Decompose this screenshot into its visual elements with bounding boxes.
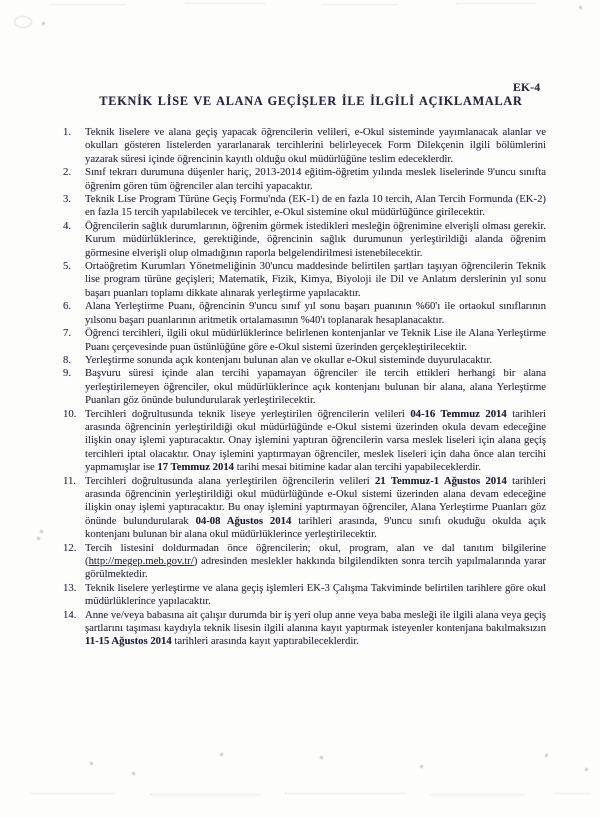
list-item: 7.Öğrenci tercihleri, ilgili okul müdürl… xyxy=(63,327,546,354)
list-item: 14.Anne ve/veya babasına ait çalışır dur… xyxy=(63,609,546,649)
list-item: 12.Tercih listesini doldurmadan önce öğr… xyxy=(63,542,546,582)
scan-artifact xyxy=(40,530,43,533)
scan-artifact xyxy=(150,794,260,798)
text-segment: Alana Yerleştirme Puanı, öğrencinin 9'un… xyxy=(85,300,546,325)
text-segment: Teknik Lise Program Türüne Geçiş Formu'n… xyxy=(85,193,546,218)
scan-artifact xyxy=(37,537,40,540)
scan-artifact xyxy=(585,768,588,771)
explanations-list: 1.Teknik liselere ve alana geçiş yapacak… xyxy=(63,126,546,649)
item-text: Anne ve/veya babasına ait çalışır durumd… xyxy=(85,609,546,649)
item-text: Teknik Lise Program Türüne Geçiş Formu'n… xyxy=(85,193,546,220)
item-number: 3. xyxy=(63,193,85,220)
list-item: 9.Başvuru süresi içinde alan tercihi yap… xyxy=(63,367,546,407)
list-item: 10.Tercihleri doğrultusunda teknik lisey… xyxy=(63,408,546,475)
list-item: 2.Sınıf tekrarı durumuna düşenler hariç,… xyxy=(63,166,546,193)
annex-tag: EK-4 xyxy=(513,82,540,94)
date-emphasis: 04-16 Temmuz 2014 xyxy=(410,408,506,420)
item-text: Tercihleri doğrultusunda teknik liseye y… xyxy=(85,408,546,475)
text-segment: Anne ve/veya babasına ait çalışır durumd… xyxy=(85,609,546,634)
text-segment: Yerleştirme sonunda açık kontenjanı bulu… xyxy=(85,354,492,366)
text-segment: Öğrencilerin sağlık durumlarının, öğreni… xyxy=(85,220,546,259)
item-number: 9. xyxy=(63,367,85,407)
scan-artifact xyxy=(430,794,525,798)
item-text: Öğrencilerin sağlık durumlarının, öğreni… xyxy=(85,220,546,260)
date-emphasis: 17 Temmuz 2014 xyxy=(157,461,234,473)
list-item: 4.Öğrencilerin sağlık durumlarının, öğre… xyxy=(63,220,546,260)
item-number: 6. xyxy=(63,300,85,327)
list-item: 8.Yerleştirme sonunda açık kontenjanı bu… xyxy=(63,354,546,367)
date-emphasis: 21 Temmuz-1 Ağustos 2014 xyxy=(375,475,507,487)
text-segment: Öğrenci tercihleri, ilgili okul müdürlük… xyxy=(85,327,546,352)
scan-artifact xyxy=(220,753,223,756)
text-segment: Teknik liselere ve alana geçiş yapacak ö… xyxy=(85,126,546,165)
item-text: Yerleştirme sonunda açık kontenjanı bulu… xyxy=(85,354,546,367)
list-item: 5.Ortaöğretim Kurumları Yönetmeliğinin 3… xyxy=(63,260,546,300)
scanned-page: EK-4 TEKNİK LİSE VE ALANA GEÇİŞLER İLE İ… xyxy=(0,0,600,818)
text-segment: Teknik liselere yerleştirme ve alana geç… xyxy=(85,582,546,607)
item-number: 7. xyxy=(63,327,85,354)
item-number: 13. xyxy=(63,582,85,609)
scan-artifact xyxy=(420,765,423,768)
page-title: TEKNİK LİSE VE ALANA GEÇİŞLER İLE İLGİLİ… xyxy=(0,0,600,109)
scan-artifact xyxy=(285,793,405,797)
item-text: Teknik liselere ve alana geçiş yapacak ö… xyxy=(85,126,546,166)
item-text: Öğrenci tercihleri, ilgili okul müdürlük… xyxy=(85,327,546,354)
text-segment: Tercihleri doğrultusunda teknik liseye y… xyxy=(85,408,410,420)
item-number: 8. xyxy=(63,354,85,367)
item-text: Teknik liselere yerleştirme ve alana geç… xyxy=(85,582,546,609)
list-item: 11.Tercihleri doğrultusunda alana yerleş… xyxy=(63,475,546,542)
text-segment: tarihi mesai bitimine kadar alan tercihi… xyxy=(234,461,481,473)
item-text: Sınıf tekrarı durumuna düşenler hariç, 2… xyxy=(85,166,546,193)
text-segment: Başvuru süresi içinde alan tercihi yapam… xyxy=(85,367,546,406)
item-text: Başvuru süresi içinde alan tercihi yapam… xyxy=(85,367,546,407)
text-segment: Sınıf tekrarı durumuna düşenler hariç, 2… xyxy=(85,166,546,191)
text-segment: Ortaöğretim Kurumları Yönetmeliğinin 30'… xyxy=(85,260,546,299)
scan-artifact xyxy=(545,754,548,757)
list-item: 1.Teknik liselere ve alana geçiş yapacak… xyxy=(63,126,546,166)
megep-url: http://megep.meb.gov.tr/ xyxy=(89,555,194,567)
item-number: 4. xyxy=(63,220,85,260)
item-number: 1. xyxy=(63,126,85,166)
scan-artifact xyxy=(320,756,323,759)
scan-artifact xyxy=(132,772,135,775)
scan-artifact xyxy=(555,793,590,797)
text-segment: tarihleri arasında kayıt yaptırabilecekl… xyxy=(172,635,359,647)
item-text: Ortaöğretim Kurumları Yönetmeliğinin 30'… xyxy=(85,260,546,300)
text-segment: Tercihleri doğrultusunda alana yerleştir… xyxy=(85,475,375,487)
item-number: 10. xyxy=(63,408,85,475)
scan-artifact xyxy=(90,762,93,765)
list-item: 3.Teknik Lise Program Türüne Geçiş Formu… xyxy=(63,193,546,220)
item-number: 14. xyxy=(63,609,85,649)
item-number: 11. xyxy=(63,475,85,542)
date-emphasis: 11-15 Ağustos 2014 xyxy=(85,635,172,647)
list-item: 13.Teknik liselere yerleştirme ve alana … xyxy=(63,582,546,609)
scan-artifact xyxy=(30,793,115,797)
item-number: 12. xyxy=(63,542,85,582)
item-number: 5. xyxy=(63,260,85,300)
list-item: 6.Alana Yerleştirme Puanı, öğrencinin 9'… xyxy=(63,300,546,327)
item-text: Tercihleri doğrultusunda alana yerleştir… xyxy=(85,475,546,542)
item-number: 2. xyxy=(63,166,85,193)
item-text: Alana Yerleştirme Puanı, öğrencinin 9'un… xyxy=(85,300,546,327)
item-text: Tercih listesini doldurmadan önce öğrenc… xyxy=(85,542,546,582)
date-emphasis: 04-08 Ağustos 2014 xyxy=(196,515,292,527)
